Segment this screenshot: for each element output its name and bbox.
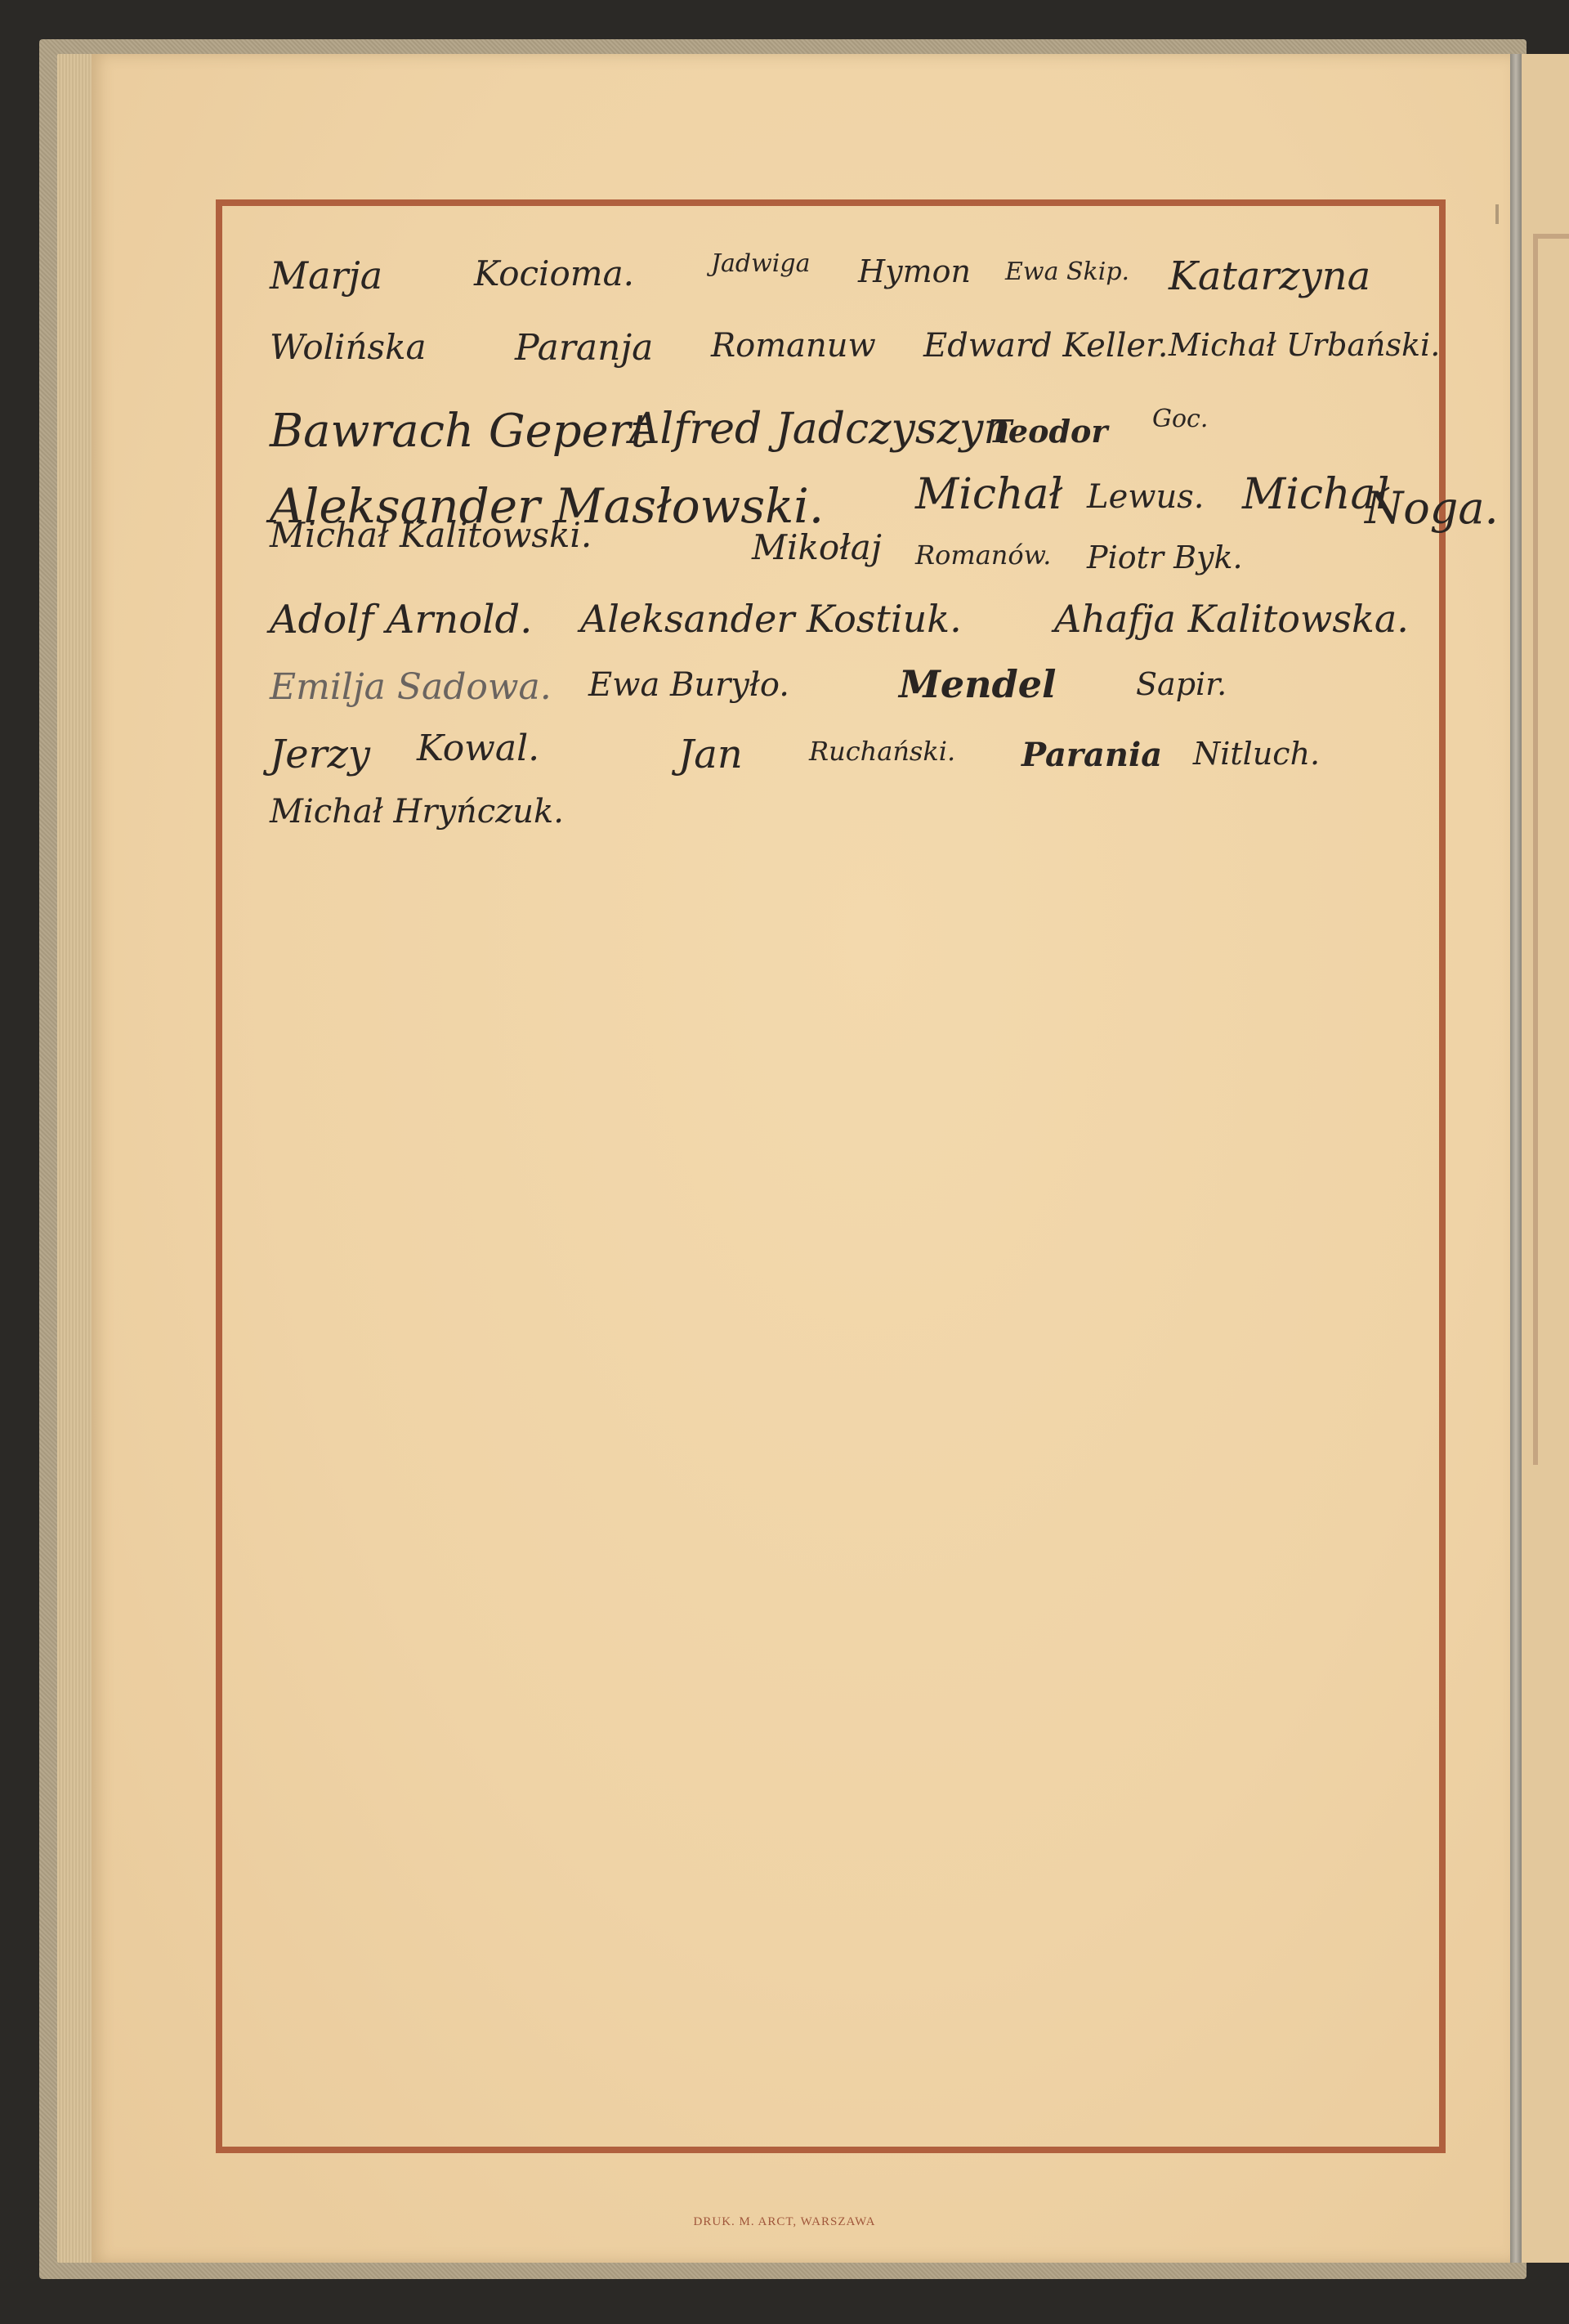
book-gutter <box>1510 54 1522 2263</box>
handwritten-signature: Adolf Arnold. <box>270 597 532 643</box>
handwritten-signature: Goc. <box>1152 405 1208 433</box>
handwritten-signature: Mikołaj <box>752 527 882 567</box>
handwritten-signature: Teodor <box>989 413 1107 450</box>
handwritten-signature: Romanów. <box>915 540 1051 571</box>
facing-page-ornament <box>1533 234 1569 1465</box>
handwritten-signature: Bawrach Gepert <box>270 405 649 458</box>
facing-page-edge <box>1522 54 1569 2263</box>
handwritten-signature: Wolińska <box>270 327 427 367</box>
page-mark <box>1495 204 1499 224</box>
handwritten-signature: Aleksander Kostiuk. <box>580 597 962 641</box>
handwritten-signature: Kocioma. <box>474 253 634 293</box>
handwritten-signature: Edward Keller. <box>923 327 1169 365</box>
handwritten-signature: Jadwiga <box>711 249 810 278</box>
handwritten-signature: Michał Urbański. <box>1169 327 1440 363</box>
handwritten-signature: Michał <box>915 470 1062 519</box>
handwritten-signature: Nitluch. <box>1193 736 1320 772</box>
handwritten-signature: Paranja <box>515 327 653 369</box>
printer-imprint: DRUK. M. ARCT, WARSZAWA <box>0 2215 1569 2229</box>
handwritten-signature: Jan <box>678 732 743 777</box>
handwritten-signature: Ewa Buryło. <box>588 666 789 704</box>
handwritten-signature: Ahafja Kalitowska. <box>1054 597 1409 641</box>
handwritten-signature: Katarzyna <box>1169 253 1370 299</box>
handwritten-signature: Marja <box>270 253 382 298</box>
handwritten-signature: Piotr Byk. <box>1087 540 1243 575</box>
handwritten-signature: Jerzy <box>270 732 370 777</box>
handwritten-signature: Parania <box>1021 736 1162 774</box>
handwritten-signature: Ruchański. <box>809 736 955 767</box>
handwritten-signature: Mendel <box>899 662 1057 706</box>
handwritten-signature: Michał Hryńczuk. <box>270 793 564 831</box>
handwritten-signature: Romanuw <box>711 327 876 365</box>
handwritten-signature: Lewus. <box>1087 478 1204 516</box>
handwritten-signature: Ewa Skip. <box>1005 257 1129 286</box>
handwritten-signature: Noga. <box>1365 482 1499 534</box>
handwritten-signature: Emilja Sadowa. <box>270 666 552 708</box>
handwritten-signature: Alfred Jadczyszyn <box>629 405 1011 454</box>
handwritten-signature: Michał Kalitowski. <box>270 515 592 555</box>
handwritten-signature: Kowal. <box>417 728 539 769</box>
handwritten-signature: Hymon <box>858 253 971 289</box>
handwritten-signature: Sapir. <box>1136 666 1227 702</box>
